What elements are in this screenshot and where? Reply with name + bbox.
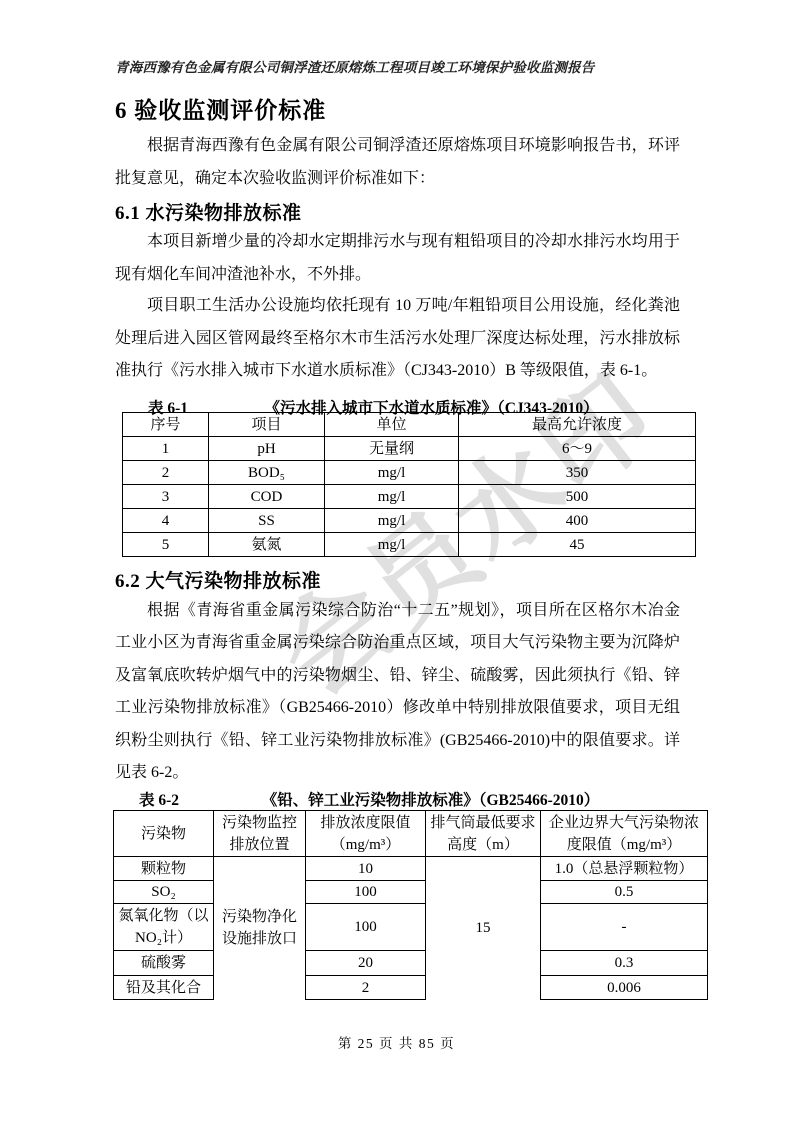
running-header: 青海西豫有色金属有限公司铜浮渣还原熔炼工程项目竣工环境保护验收监测报告 [115, 56, 678, 76]
table-cell: 100 [306, 881, 426, 904]
table-row: 氮氧化物（以NO₂计） 100 - [114, 904, 708, 951]
table-row: 硫酸雾 20 0.3 [114, 951, 708, 976]
column-header: 企业边界大气污染物浓度限值（mg/m³） [541, 811, 708, 857]
table-cell: - [541, 904, 708, 951]
table-cell: SS [209, 509, 325, 533]
table-cell: pH [209, 437, 325, 461]
table-cell: SO₂ [114, 881, 214, 904]
section-6-1-paragraph-1: 本项目新增少量的冷却水定期排污水与现有粗铅项目的冷却水排污水均用于现有烟化车间冲… [115, 226, 680, 291]
table-header-row: 序号 项目 单位 最高允许浓度 [123, 413, 696, 437]
section-6-1-paragraph-2: 项目职工生活办公设施均依托现有 10 万吨/年粗铅项目公用设施，经化粪池处理后进… [115, 290, 680, 388]
column-header: 最高允许浓度 [459, 413, 696, 437]
table-cell: 45 [459, 533, 696, 557]
column-header: 污染物监控排放位置 [214, 811, 306, 857]
table-row: 4 SS mg/l 400 [123, 509, 696, 533]
table-cell: mg/l [325, 533, 459, 557]
column-header: 污染物 [114, 811, 214, 857]
table-row: 铅及其化合 2 0.006 [114, 976, 708, 1000]
table-cell: 无量纲 [325, 437, 459, 461]
page-number-footer: 第 25 页 共 85 页 [0, 1032, 793, 1052]
table-row: 3 COD mg/l 500 [123, 485, 696, 509]
section-6-1-title: 6.1 水污染物排放标准 [115, 198, 302, 225]
table-cell: 1 [123, 437, 209, 461]
document-page: 会员水印 青海西豫有色金属有限公司铜浮渣还原熔炼工程项目竣工环境保护验收监测报告… [0, 0, 793, 1122]
table-cell: mg/l [325, 485, 459, 509]
table-cell-merged-outlet: 污染物净化设施排放口 [214, 857, 306, 1000]
table-cell: 100 [306, 904, 426, 951]
table-cell: 20 [306, 951, 426, 976]
table-6-2-caption-row: 表 6-2 《铅、锌工业污染物排放标准》（GB25466-2010） [113, 788, 682, 810]
table-cell: 0.006 [541, 976, 708, 1000]
chapter-title: 6 验收监测评价标准 [115, 92, 326, 125]
table-cell: mg/l [325, 509, 459, 533]
table-header-row: 污染物 污染物监控排放位置 排放浓度限值（mg/m³） 排气筒最低要求高度（m）… [114, 811, 708, 857]
table-cell: 铅及其化合 [114, 976, 214, 1000]
table-cell: 2 [306, 976, 426, 1000]
table-cell: mg/l [325, 461, 459, 485]
table-row: SO₂ 100 0.5 [114, 881, 708, 904]
table-row: 颗粒物 污染物净化设施排放口 10 15 1.0（总悬浮颗粒物） [114, 857, 708, 881]
table-cell: 500 [459, 485, 696, 509]
table-cell: 1.0（总悬浮颗粒物） [541, 857, 708, 881]
table-cell: 硫酸雾 [114, 951, 214, 976]
column-header: 序号 [123, 413, 209, 437]
table-cell: 350 [459, 461, 696, 485]
table-cell-merged-stack-height: 15 [426, 857, 541, 1000]
table-row: 2 BOD₅ mg/l 350 [123, 461, 696, 485]
table-cell: COD [209, 485, 325, 509]
table-6-2-caption: 《铅、锌工业污染物排放标准》（GB25466-2010） [179, 788, 682, 810]
table-cell: 氨氮 [209, 533, 325, 557]
table-cell: 2 [123, 461, 209, 485]
table-6-1: 序号 项目 单位 最高允许浓度 1 pH 无量纲 6～9 2 BOD₅ mg/l… [122, 412, 696, 557]
table-cell: 6～9 [459, 437, 696, 461]
table-cell: 3 [123, 485, 209, 509]
column-header: 排气筒最低要求高度（m） [426, 811, 541, 857]
table-row: 5 氨氮 mg/l 45 [123, 533, 696, 557]
section-6-2-title: 6.2 大气污染物排放标准 [115, 566, 321, 593]
intro-paragraph: 根据青海西豫有色金属有限公司铜浮渣还原熔炼项目环境影响报告书，环评批复意见，确定… [115, 130, 680, 195]
column-header: 项目 [209, 413, 325, 437]
table-cell: BOD₅ [209, 461, 325, 485]
table-6-2-label: 表 6-2 [139, 788, 179, 810]
table-cell: 400 [459, 509, 696, 533]
table-cell: 颗粒物 [114, 857, 214, 881]
table-cell: 4 [123, 509, 209, 533]
table-row: 1 pH 无量纲 6～9 [123, 437, 696, 461]
column-header: 排放浓度限值（mg/m³） [306, 811, 426, 857]
table-cell: 0.3 [541, 951, 708, 976]
table-6-2: 污染物 污染物监控排放位置 排放浓度限值（mg/m³） 排气筒最低要求高度（m）… [113, 810, 708, 1000]
table-cell: 5 [123, 533, 209, 557]
table-cell: 10 [306, 857, 426, 881]
table-cell: 氮氧化物（以NO₂计） [114, 904, 214, 951]
section-6-2-paragraph-1: 根据《青海省重金属污染综合防治“十二五”规划》，项目所在区格尔木冶金工业小区为青… [115, 595, 680, 789]
column-header: 单位 [325, 413, 459, 437]
table-cell: 0.5 [541, 881, 708, 904]
